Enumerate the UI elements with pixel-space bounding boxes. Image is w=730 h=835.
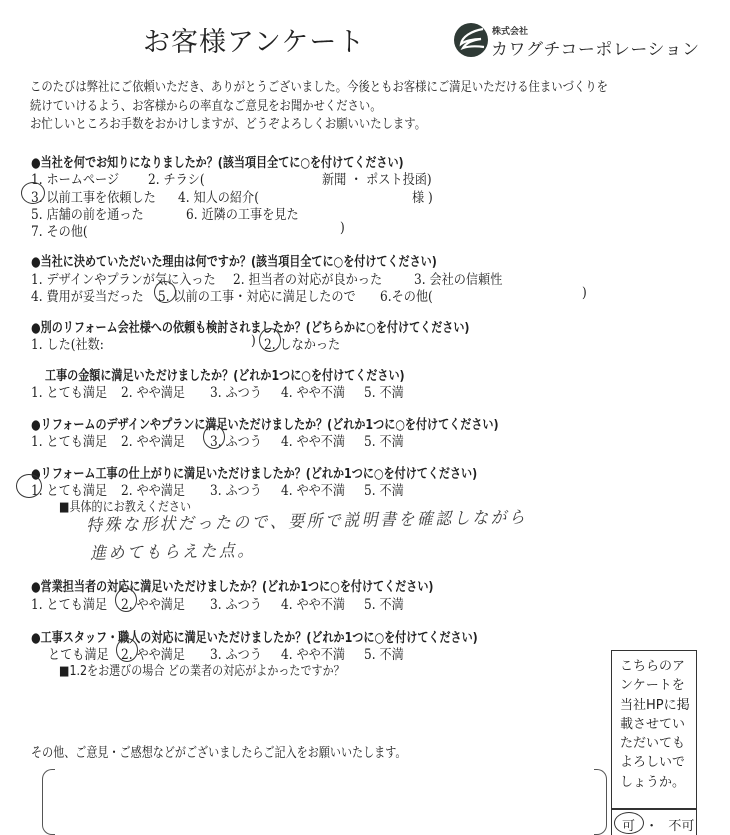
company-name: カワグチコーポレーション (491, 35, 700, 60)
option-somewhat-dissatisfied[interactable]: 4. やや不満 (281, 381, 345, 401)
option-other-close: ) (340, 220, 345, 236)
option-price[interactable]: 4. 費用が妥当だった (31, 285, 144, 305)
option-dissatisfied[interactable]: 5. 不満 (364, 643, 404, 663)
page-title: お客様アンケート (143, 20, 365, 59)
selected-circle-mark (21, 182, 45, 204)
separator: ・ (645, 819, 658, 834)
handwritten-answer-line-2[interactable]: 進めてもらえた点。 (90, 536, 256, 564)
selected-circle-mark (115, 588, 137, 612)
hp-permission-box: こちらのアンケートを 当社HPに掲載させていただいてもよろしいでしょうか。 可 … (611, 650, 697, 835)
option-somewhat-satisfied[interactable]: 2. やや満足 (121, 381, 185, 401)
selected-circle-mark (259, 328, 281, 352)
hp-permission-text: こちらのアンケートを 当社HPに掲載させていただいてもよろしいでしょうか。 (620, 657, 696, 792)
question-reason: ●当社に決めていただいた理由は何ですか？(該当項目全てに○を付けてください) (31, 250, 437, 270)
selected-circle-mark (16, 474, 42, 498)
intro-line-1: このたびは弊社にご依頼いただき、ありがとうございました。今後ともお客様にご満足い… (30, 76, 608, 95)
option-did-close: ) (251, 333, 256, 349)
question-sales-satisfaction: ●営業担当者の対応に満足いただけましたか？(どれか1つに○を付けてください) (31, 575, 433, 595)
contractor-question-label: ■1.2をお選びの場合 どの業者の対応がよかったですか？ (59, 660, 345, 679)
option-other[interactable]: 7. その他( (31, 220, 88, 240)
option-somewhat-satisfied[interactable]: 2. やや満足 (121, 430, 185, 450)
option-very-satisfied[interactable]: 1. とても満足 (31, 593, 107, 613)
option-dissatisfied[interactable]: 5. 不満 (364, 593, 404, 613)
option-deny[interactable]: 不可 (668, 819, 694, 834)
bracket-right (594, 769, 607, 835)
option-somewhat-dissatisfied[interactable]: 4. やや不満 (281, 593, 345, 613)
company-logo-icon (453, 22, 489, 58)
bracket-left (42, 769, 55, 835)
option-dissatisfied[interactable]: 5. 不満 (364, 381, 404, 401)
option-dissatisfied[interactable]: 5. 不満 (364, 479, 404, 499)
comments-label: その他、ご意見・ご感想などがございましたらご記入をお願いいたします。 (31, 741, 406, 761)
comments-field[interactable] (42, 769, 607, 833)
option-somewhat-dissatisfied[interactable]: 4. やや不満 (281, 430, 345, 450)
option-other[interactable]: 6.その他( (380, 285, 433, 305)
option-neutral[interactable]: 3. ふつう (210, 479, 262, 499)
selected-circle-mark (154, 281, 176, 303)
option-dissatisfied[interactable]: 5. 不満 (364, 430, 404, 450)
selected-circle-mark (203, 425, 225, 449)
option-did[interactable]: 1. した(社数: (31, 333, 104, 353)
option-referral-suffix: 様 ) (412, 186, 433, 206)
option-somewhat-dissatisfied[interactable]: 4. やや不満 (281, 479, 345, 499)
option-previous-satisfied[interactable]: 5. 以前の工事・対応に満足したので (158, 285, 356, 305)
selected-circle-mark (116, 638, 138, 662)
option-homepage[interactable]: 1. ホームページ (31, 168, 119, 188)
option-neutral[interactable]: 3. ふつう (210, 381, 262, 401)
option-flyer[interactable]: 2. チラシ( (148, 168, 205, 188)
option-flyer-types: 新聞 ・ ポスト投函) (322, 168, 432, 188)
option-other-close: ) (582, 285, 587, 301)
option-very-satisfied[interactable]: 1. とても満足 (31, 381, 107, 401)
divider (612, 808, 696, 810)
option-neighbor-work[interactable]: 6. 近隣の工事を見た (186, 203, 299, 223)
option-very-satisfied[interactable]: 1. とても満足 (31, 430, 107, 450)
intro-line-3: お忙しいところお手数をおかけしますが、どうぞよろしくお願いいたします。 (30, 113, 426, 132)
option-neutral[interactable]: 3. ふつう (210, 593, 262, 613)
selected-circle-mark (614, 812, 644, 834)
intro-line-2: 続けていけるよう、お客様からの率直なご意見をお聞かせください。 (30, 95, 382, 114)
